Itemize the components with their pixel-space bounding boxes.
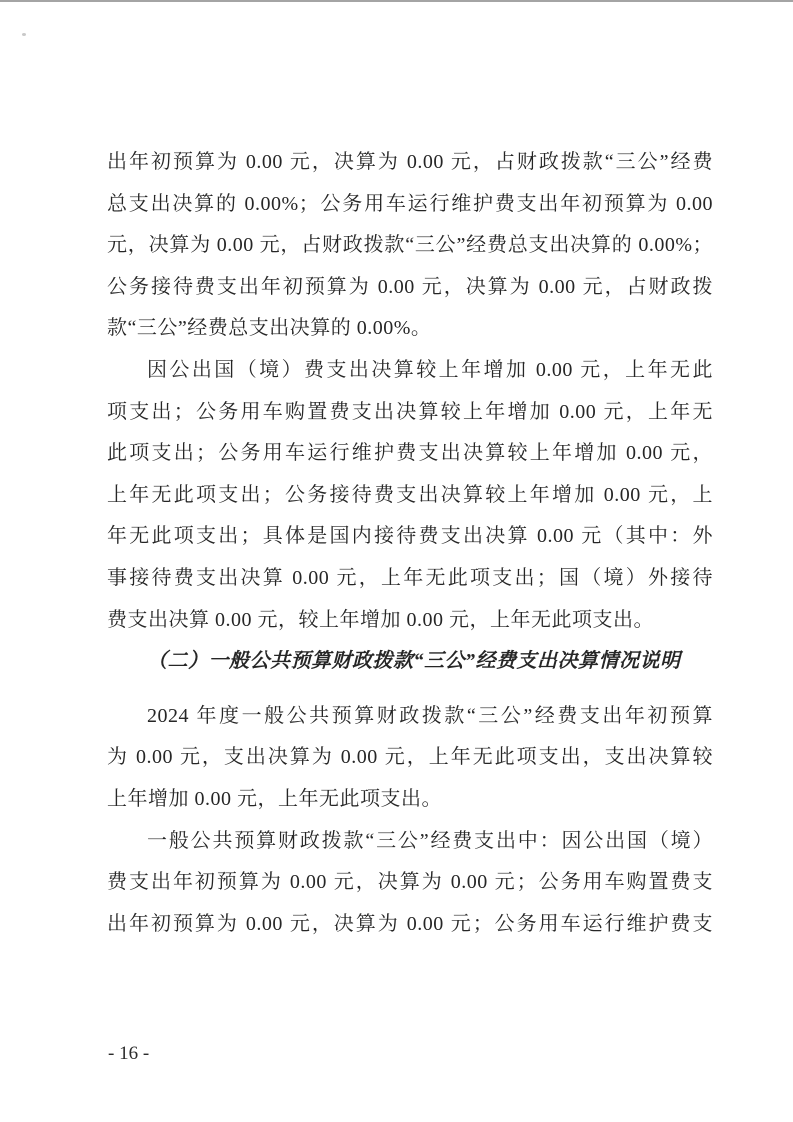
text-line: 2024 年度一般公共预算财政拨款“三公”经费支出年初预算 [107,696,713,738]
text-line: 费支出决算 0.00 元，较上年增加 0.00 元，上年无此项支出。 [107,600,713,642]
text-line: 为 0.00 元，支出决算为 0.00 元，上年无此项支出，支出决算较 [107,737,713,779]
scan-edge-line [0,0,793,2]
text-line: 出年初预算为 0.00 元，决算为 0.00 元；公务用车运行维护费支 [107,904,713,946]
text-line: 事接待费支出决算 0.00 元，上年无此项支出；国（境）外接待 [107,558,713,600]
text-line: 费支出年初预算为 0.00 元，决算为 0.00 元；公务用车购置费支 [107,862,713,904]
document-body: 出年初预算为 0.00 元，决算为 0.00 元，占财政拨款“三公”经费 总支出… [107,142,713,945]
text-line: 款“三公”经费总支出决算的 0.00%。 [107,308,713,350]
section-heading: （二）一般公共预算财政拨款“三公”经费支出决算情况说明 [107,641,713,683]
text-line: 公务接待费支出年初预算为 0.00 元，决算为 0.00 元，占财政拨 [107,267,713,309]
page-number: - 16 - [108,1042,149,1066]
document-page: 出年初预算为 0.00 元，决算为 0.00 元，占财政拨款“三公”经费 总支出… [0,0,793,1122]
text-line: 上年增加 0.00 元，上年无此项支出。 [107,779,713,821]
text-line: 因公出国（境）费支出决算较上年增加 0.00 元，上年无此 [107,350,713,392]
text-line: 此项支出；公务用车运行维护费支出决算较上年增加 0.00 元， [107,433,713,475]
text-line: 项支出；公务用车购置费支出决算较上年增加 0.00 元，上年无 [107,392,713,434]
text-line: 一般公共预算财政拨款“三公”经费支出中：因公出国（境） [107,821,713,863]
text-line: 出年初预算为 0.00 元，决算为 0.00 元，占财政拨款“三公”经费 [107,142,713,184]
text-line: 总支出决算的 0.00%；公务用车运行维护费支出年初预算为 0.00 [107,184,713,226]
text-line: 元，决算为 0.00 元，占财政拨款“三公”经费总支出决算的 0.00%； [107,225,713,267]
scan-artifact [22,33,26,36]
text-line: 年无此项支出；具体是国内接待费支出决算 0.00 元（其中：外 [107,516,713,558]
text-line: 上年无此项支出；公务接待费支出决算较上年增加 0.00 元，上 [107,475,713,517]
